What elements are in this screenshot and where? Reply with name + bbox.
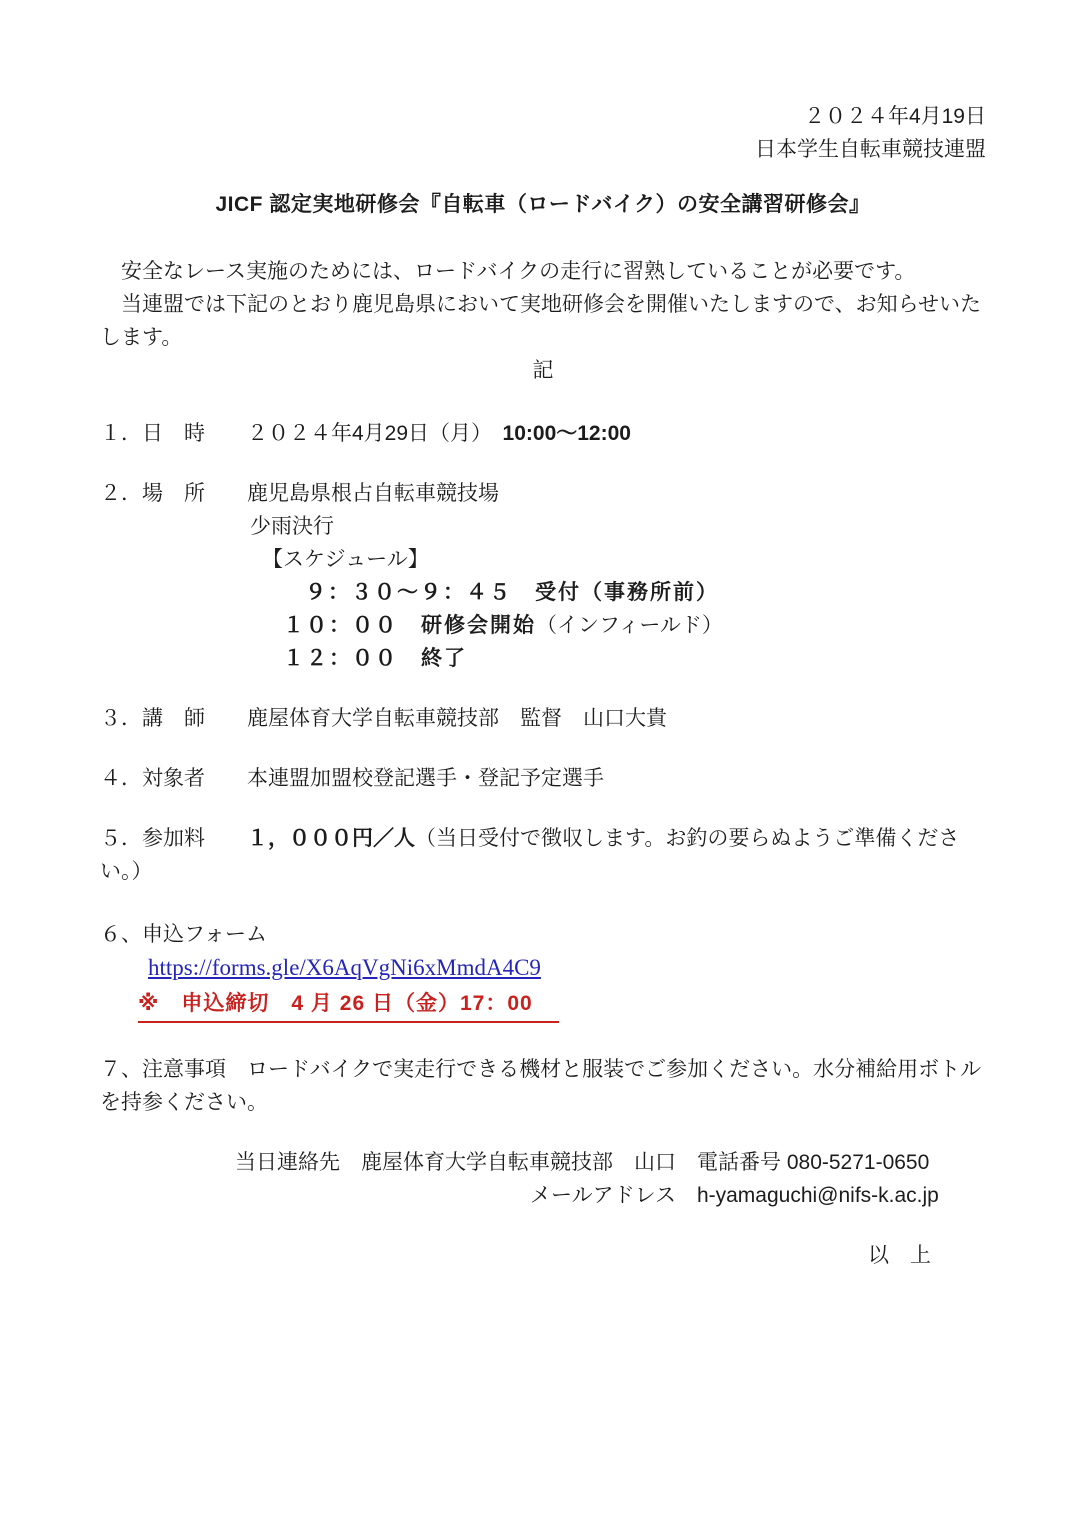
- item-1-text: １．日 時 ２０２４年4月29日（月）: [100, 422, 503, 445]
- item-5-amount: １，０００円／人: [247, 827, 415, 850]
- item-5-label: ５．参加料: [100, 827, 247, 850]
- closing-marker: 以 上: [100, 1239, 986, 1272]
- schedule-line-1: ９：３０～９：４５ 受付（事務所前）: [100, 576, 986, 609]
- application-form-link-line: https://forms.gle/X6AqVgNi6xMmdA4C9: [100, 951, 986, 985]
- item-6-application: ６、申込フォーム https://forms.gle/X6AqVgNi6xMmd…: [100, 918, 986, 1023]
- item-5-fee: ５．参加料 １，０００円／人（当日受付で徴収します。お釣の要らぬようご準備くださ…: [100, 822, 986, 888]
- item-4-target: ４．対象者 本連盟加盟校登記選手・登記予定選手: [100, 762, 986, 795]
- contact-block: 当日連絡先 鹿屋体育大学自転車競技部 山口 電話番号 080-5271-0650…: [100, 1146, 986, 1212]
- schedule-line-2-location: （インフィールド）: [536, 614, 723, 637]
- ki-marker: 記: [100, 354, 986, 387]
- item-1-datetime: １．日 時 ２０２４年4月29日（月） 10:00～12:00: [100, 417, 986, 450]
- document-title: JICF 認定実地研修会『自転車（ロードバイク）の安全講習研修会』: [100, 188, 986, 221]
- schedule-line-3: １２：００ 終了: [100, 642, 986, 675]
- document-page: ２０２４年4月19日 日本学生自転車競技連盟 JICF 認定実地研修会『自転車（…: [0, 0, 1086, 1536]
- contact-email-line: メールアドレス h-yamaguchi@nifs-k.ac.jp: [100, 1179, 986, 1212]
- application-form-link[interactable]: https://forms.gle/X6AqVgNi6xMmdA4C9: [148, 955, 541, 980]
- rain-note: 少雨決行: [100, 510, 986, 543]
- item-6-label: ６、申込フォーム: [100, 918, 986, 951]
- contact-phone-line: 当日連絡先 鹿屋体育大学自転車競技部 山口 電話番号 080-5271-0650: [100, 1146, 986, 1179]
- item-1-time: 10:00～12:00: [503, 422, 631, 445]
- intro-line-1: 安全なレース実施のためには、ロードバイクの走行に習熟していることが必要です。: [100, 260, 915, 283]
- organization-name: 日本学生自転車競技連盟: [100, 133, 986, 166]
- intro-paragraph: 安全なレース実施のためには、ロードバイクの走行に習熟していることが必要です。 当…: [100, 255, 986, 354]
- item-2-place: ２．場 所 鹿児島県根占自転車競技場 少雨決行 【スケジュール】 ９：３０～９：…: [100, 477, 986, 675]
- intro-line-2: 当連盟では下記のとおり鹿児島県において実地研修会を開催いたしますので、お知らせい…: [100, 293, 981, 349]
- application-deadline: ※ 申込締切 4 月 26 日（金）17：00: [138, 987, 559, 1023]
- item-7-notes: ７、注意事項 ロードバイクで実走行できる機材と服装でご参加ください。水分補給用ボ…: [100, 1053, 986, 1119]
- schedule-line-2-time: １０：００ 研修会開始: [283, 614, 536, 637]
- schedule-line-2: １０：００ 研修会開始（インフィールド）: [100, 609, 986, 642]
- document-date: ２０２４年4月19日: [100, 100, 986, 133]
- item-3-lecturer: ３．講 師 鹿屋体育大学自転車競技部 監督 山口大貴: [100, 702, 986, 735]
- item-2-label: ２．場 所 鹿児島県根占自転車競技場: [100, 477, 986, 510]
- schedule-header: 【スケジュール】: [100, 543, 986, 576]
- deadline-line: ※ 申込締切 4 月 26 日（金）17：00: [100, 987, 986, 1023]
